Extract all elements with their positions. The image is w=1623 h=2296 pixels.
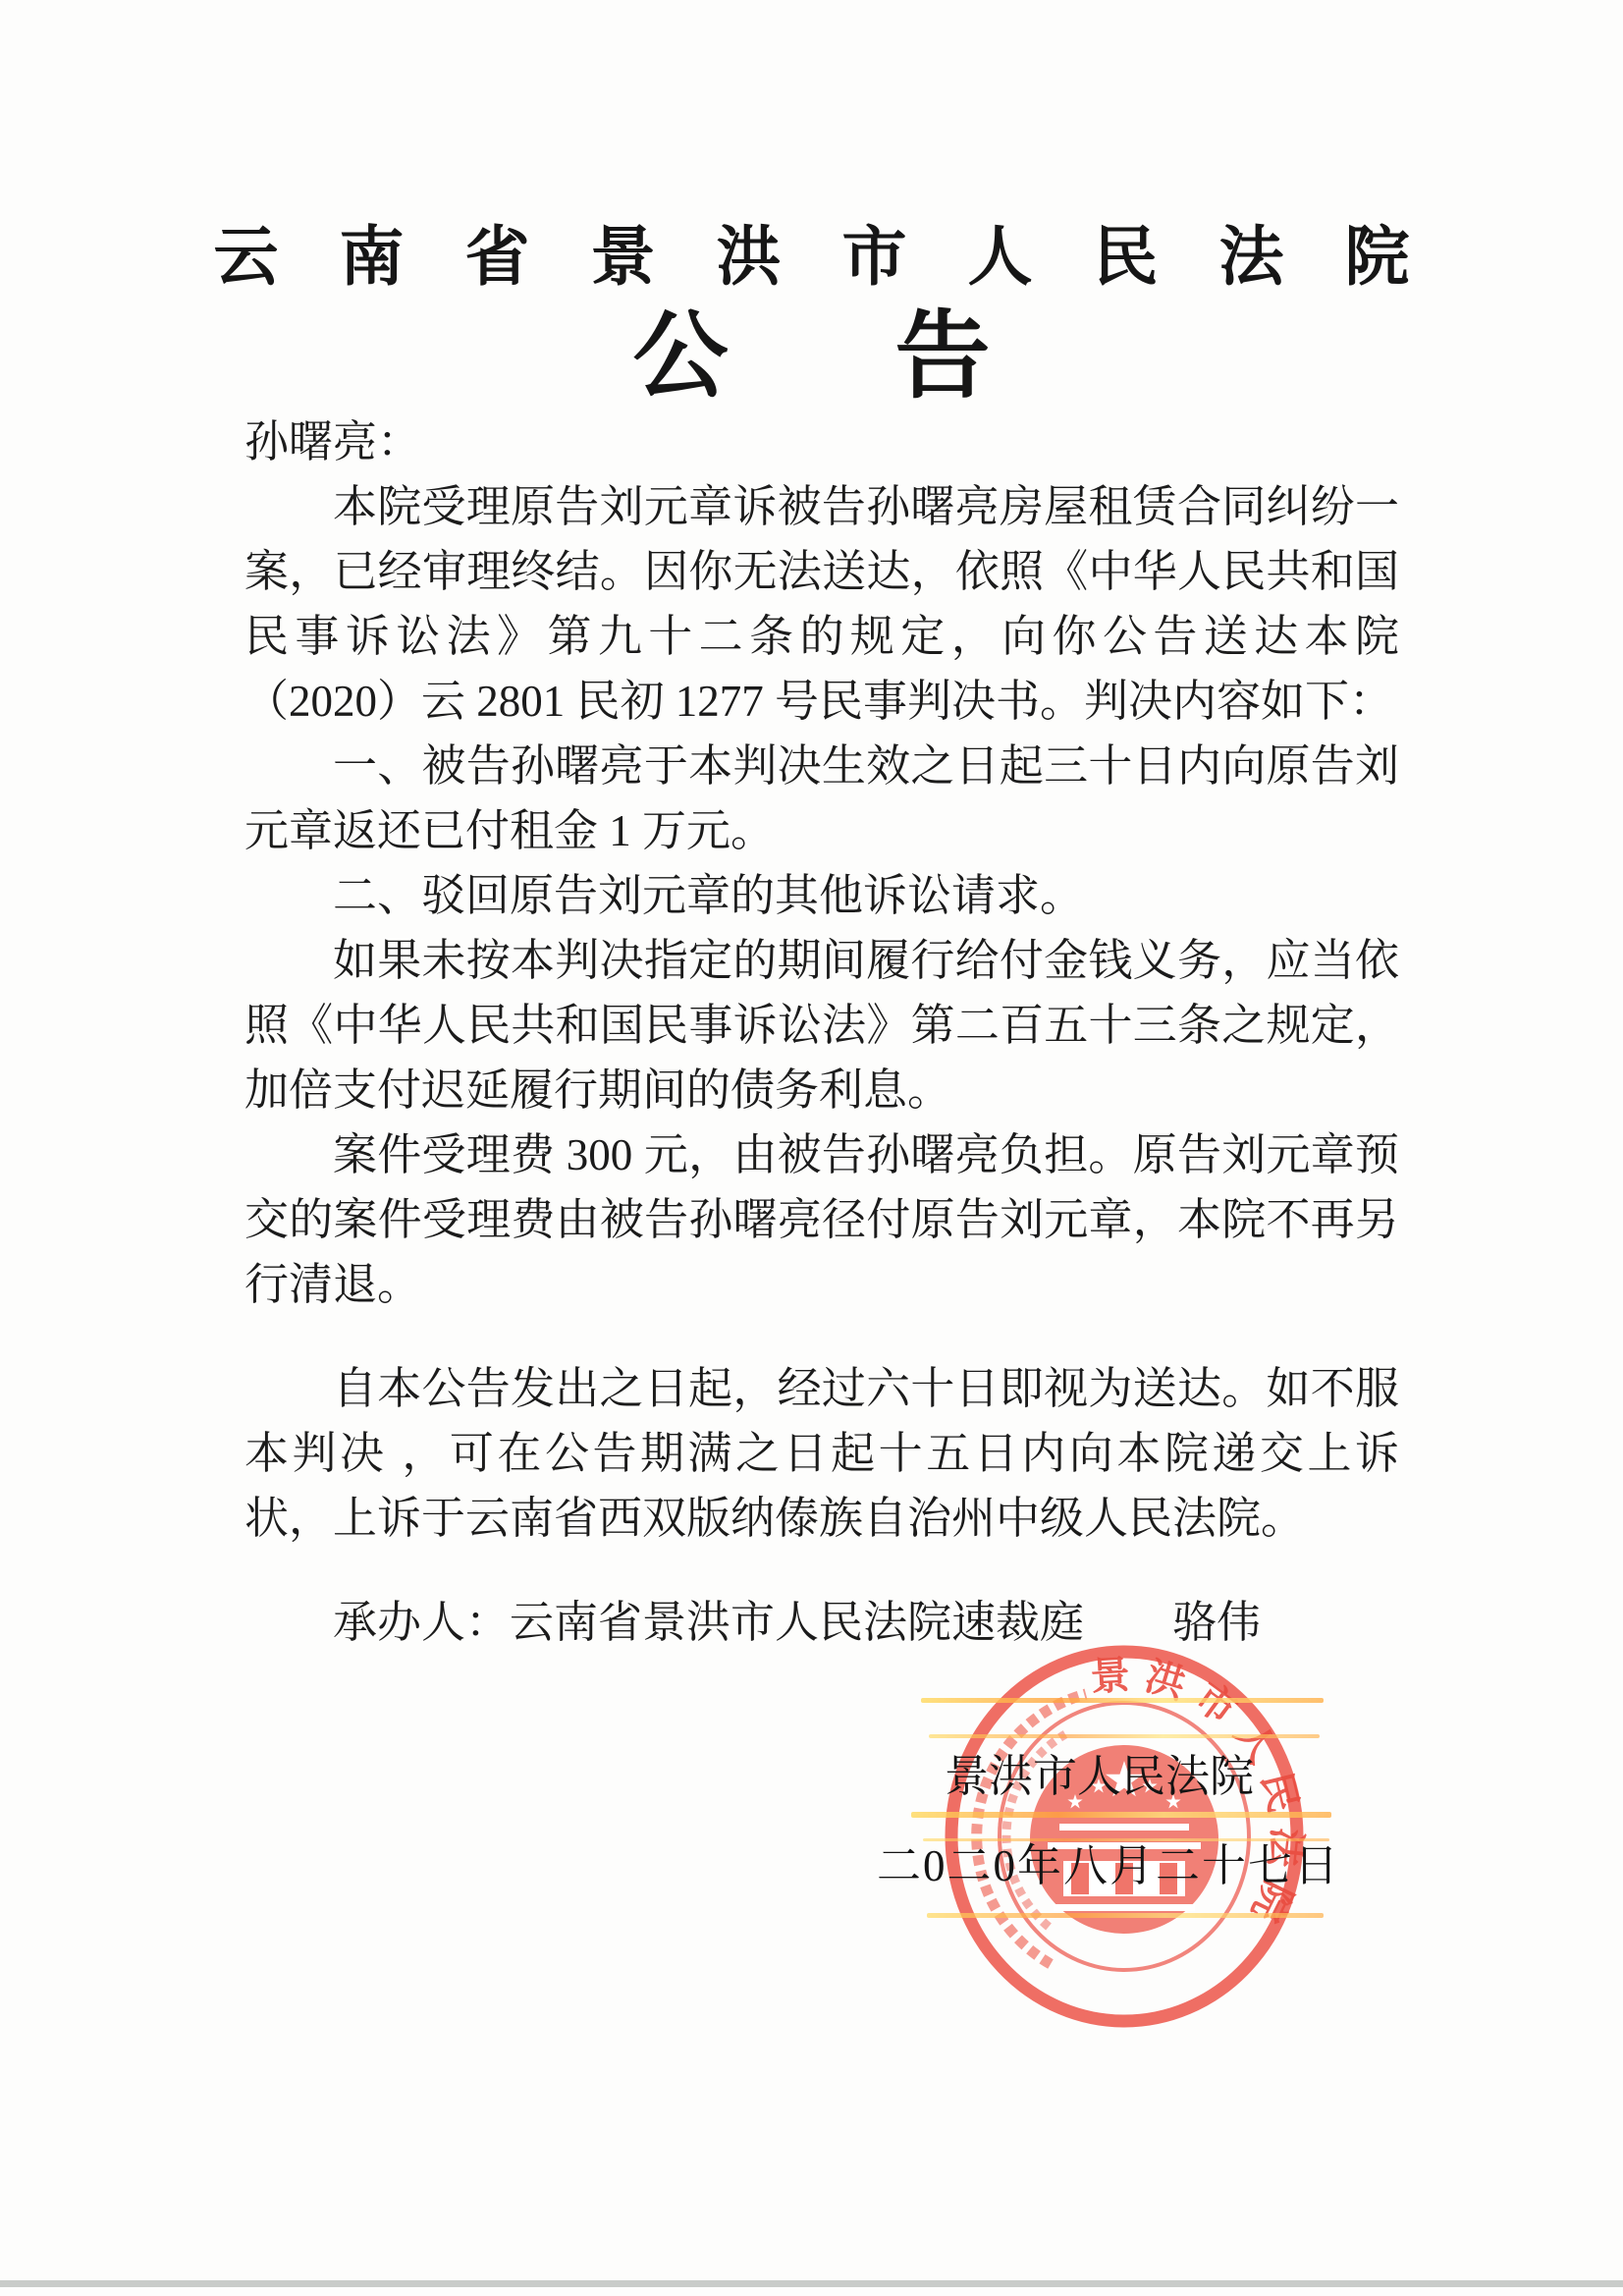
doc-type-heading: 公告 [0,279,1623,416]
paragraph-service-period: 自本公告发出之日起，经过六十日即视为送达。如不服本判决 ，可在公告期满之日起十五… [244,1356,1399,1551]
document-body: 孙曙亮： 本院受理原告刘元章诉被告孙曙亮房屋租赁合同纠纷一案，已经审理终结。因你… [244,410,1399,1655]
scan-streak [911,1812,1331,1818]
handler-line: 承办人：云南省景洪市人民法院速裁庭 骆伟 [244,1590,1399,1655]
scan-streak [929,1734,1320,1738]
recipient-line: 孙曙亮： [244,410,1399,474]
doc-type-label: 公告 [633,301,1158,411]
page-bottom-edge [0,2280,1623,2287]
paragraph-interest-clause: 如果未按本判决指定的期间履行给付金钱义务，应当依照《中华人民共和国民事诉讼法》第… [244,928,1399,1122]
scan-streak [923,1838,1329,1841]
scan-streak [921,1698,1324,1703]
emblem-gate-base [1054,1904,1195,1911]
paragraph-judgment-item-1: 一、被告孙曙亮于本判决生效之日起三十日内向原告刘元章返还已付租金 1 万元。 [244,734,1399,863]
emblem-gate-roof [1059,1824,1189,1831]
official-seal: 景洪市人民法院 [918,1625,1330,2048]
scan-streak [927,1913,1324,1918]
paragraph-case-summary: 本院受理原告刘元章诉被告孙曙亮房屋租赁合同纠纷一案，已经审理终结。因你无法送达，… [244,474,1399,734]
signature-court-name: 景洪市人民法院 [945,1751,1254,1802]
court-announcement-page: 云南省景洪市人民法院 公告 孙曙亮： 本院受理原告刘元章诉被告孙曙亮房屋租赁合同… [0,0,1623,2296]
paragraph-judgment-item-2: 二、驳回原告刘元章的其他诉讼请求。 [244,863,1399,928]
paragraph-court-fees: 案件受理费 300 元，由被告孙曙亮负担。原告刘元章预交的案件受理费由被告孙曙亮… [244,1122,1399,1317]
signature-date: 二0二0年八月二十七日 [877,1840,1340,1891]
